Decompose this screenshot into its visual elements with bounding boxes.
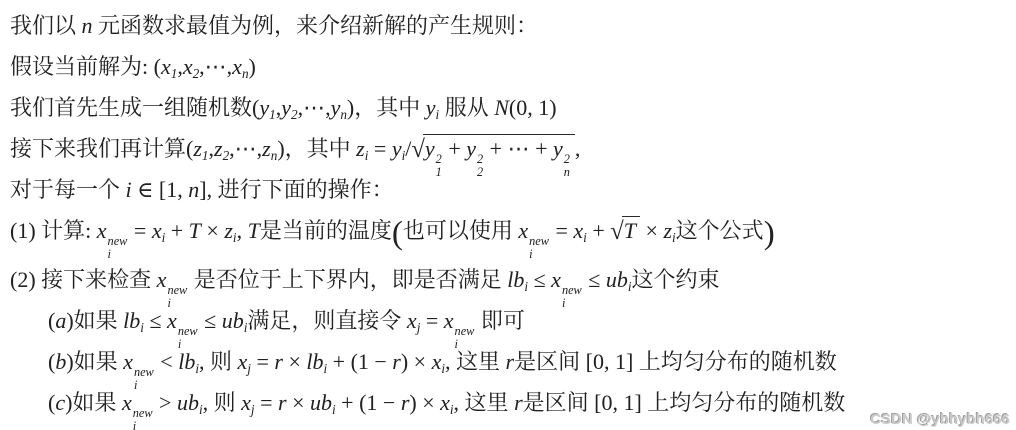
- sqrt-radical-icon: √: [411, 129, 425, 170]
- document-body: 我们以 n 元函数求最值为例，来介绍新解的产生规则：假设当前解为: (x1,x2…: [0, 0, 1016, 430]
- text-line: 我们以 n 元函数求最值为例，来介绍新解的产生规则：: [10, 5, 1016, 46]
- text-line: (2) 接下来检查 xnewi 是否位于上下界内，即是否满足 lbi ≤ xne…: [10, 259, 1016, 300]
- text-line: (1) 计算: xnewi = xi + T × zi, T是当前的温度(也可以…: [10, 210, 1016, 251]
- text-line: 假设当前解为: (x1,x2,⋯,xn): [10, 46, 1016, 87]
- text-line: (b)如果 xnewi < lbi, 则 xj = r × lbi + (1 −…: [10, 341, 1016, 382]
- sqrt-radical-icon: √: [610, 211, 624, 252]
- text-line: (c)如果 xnewi > ubi, 则 xj = r × ubi + (1 −…: [10, 382, 1016, 423]
- text-line: (a)如果 lbi ≤ xnewi ≤ ubi满足，则直接令 xj = xnew…: [10, 300, 1016, 341]
- text-line: 接下来我们再计算(z1,z2,⋯,zn)，其中 zi = yi/√y21 + y…: [10, 128, 1016, 169]
- text-line: 我们首先生成一组随机数(y1,y2,⋯,yn)，其中 yi 服从 N(0, 1): [10, 87, 1016, 128]
